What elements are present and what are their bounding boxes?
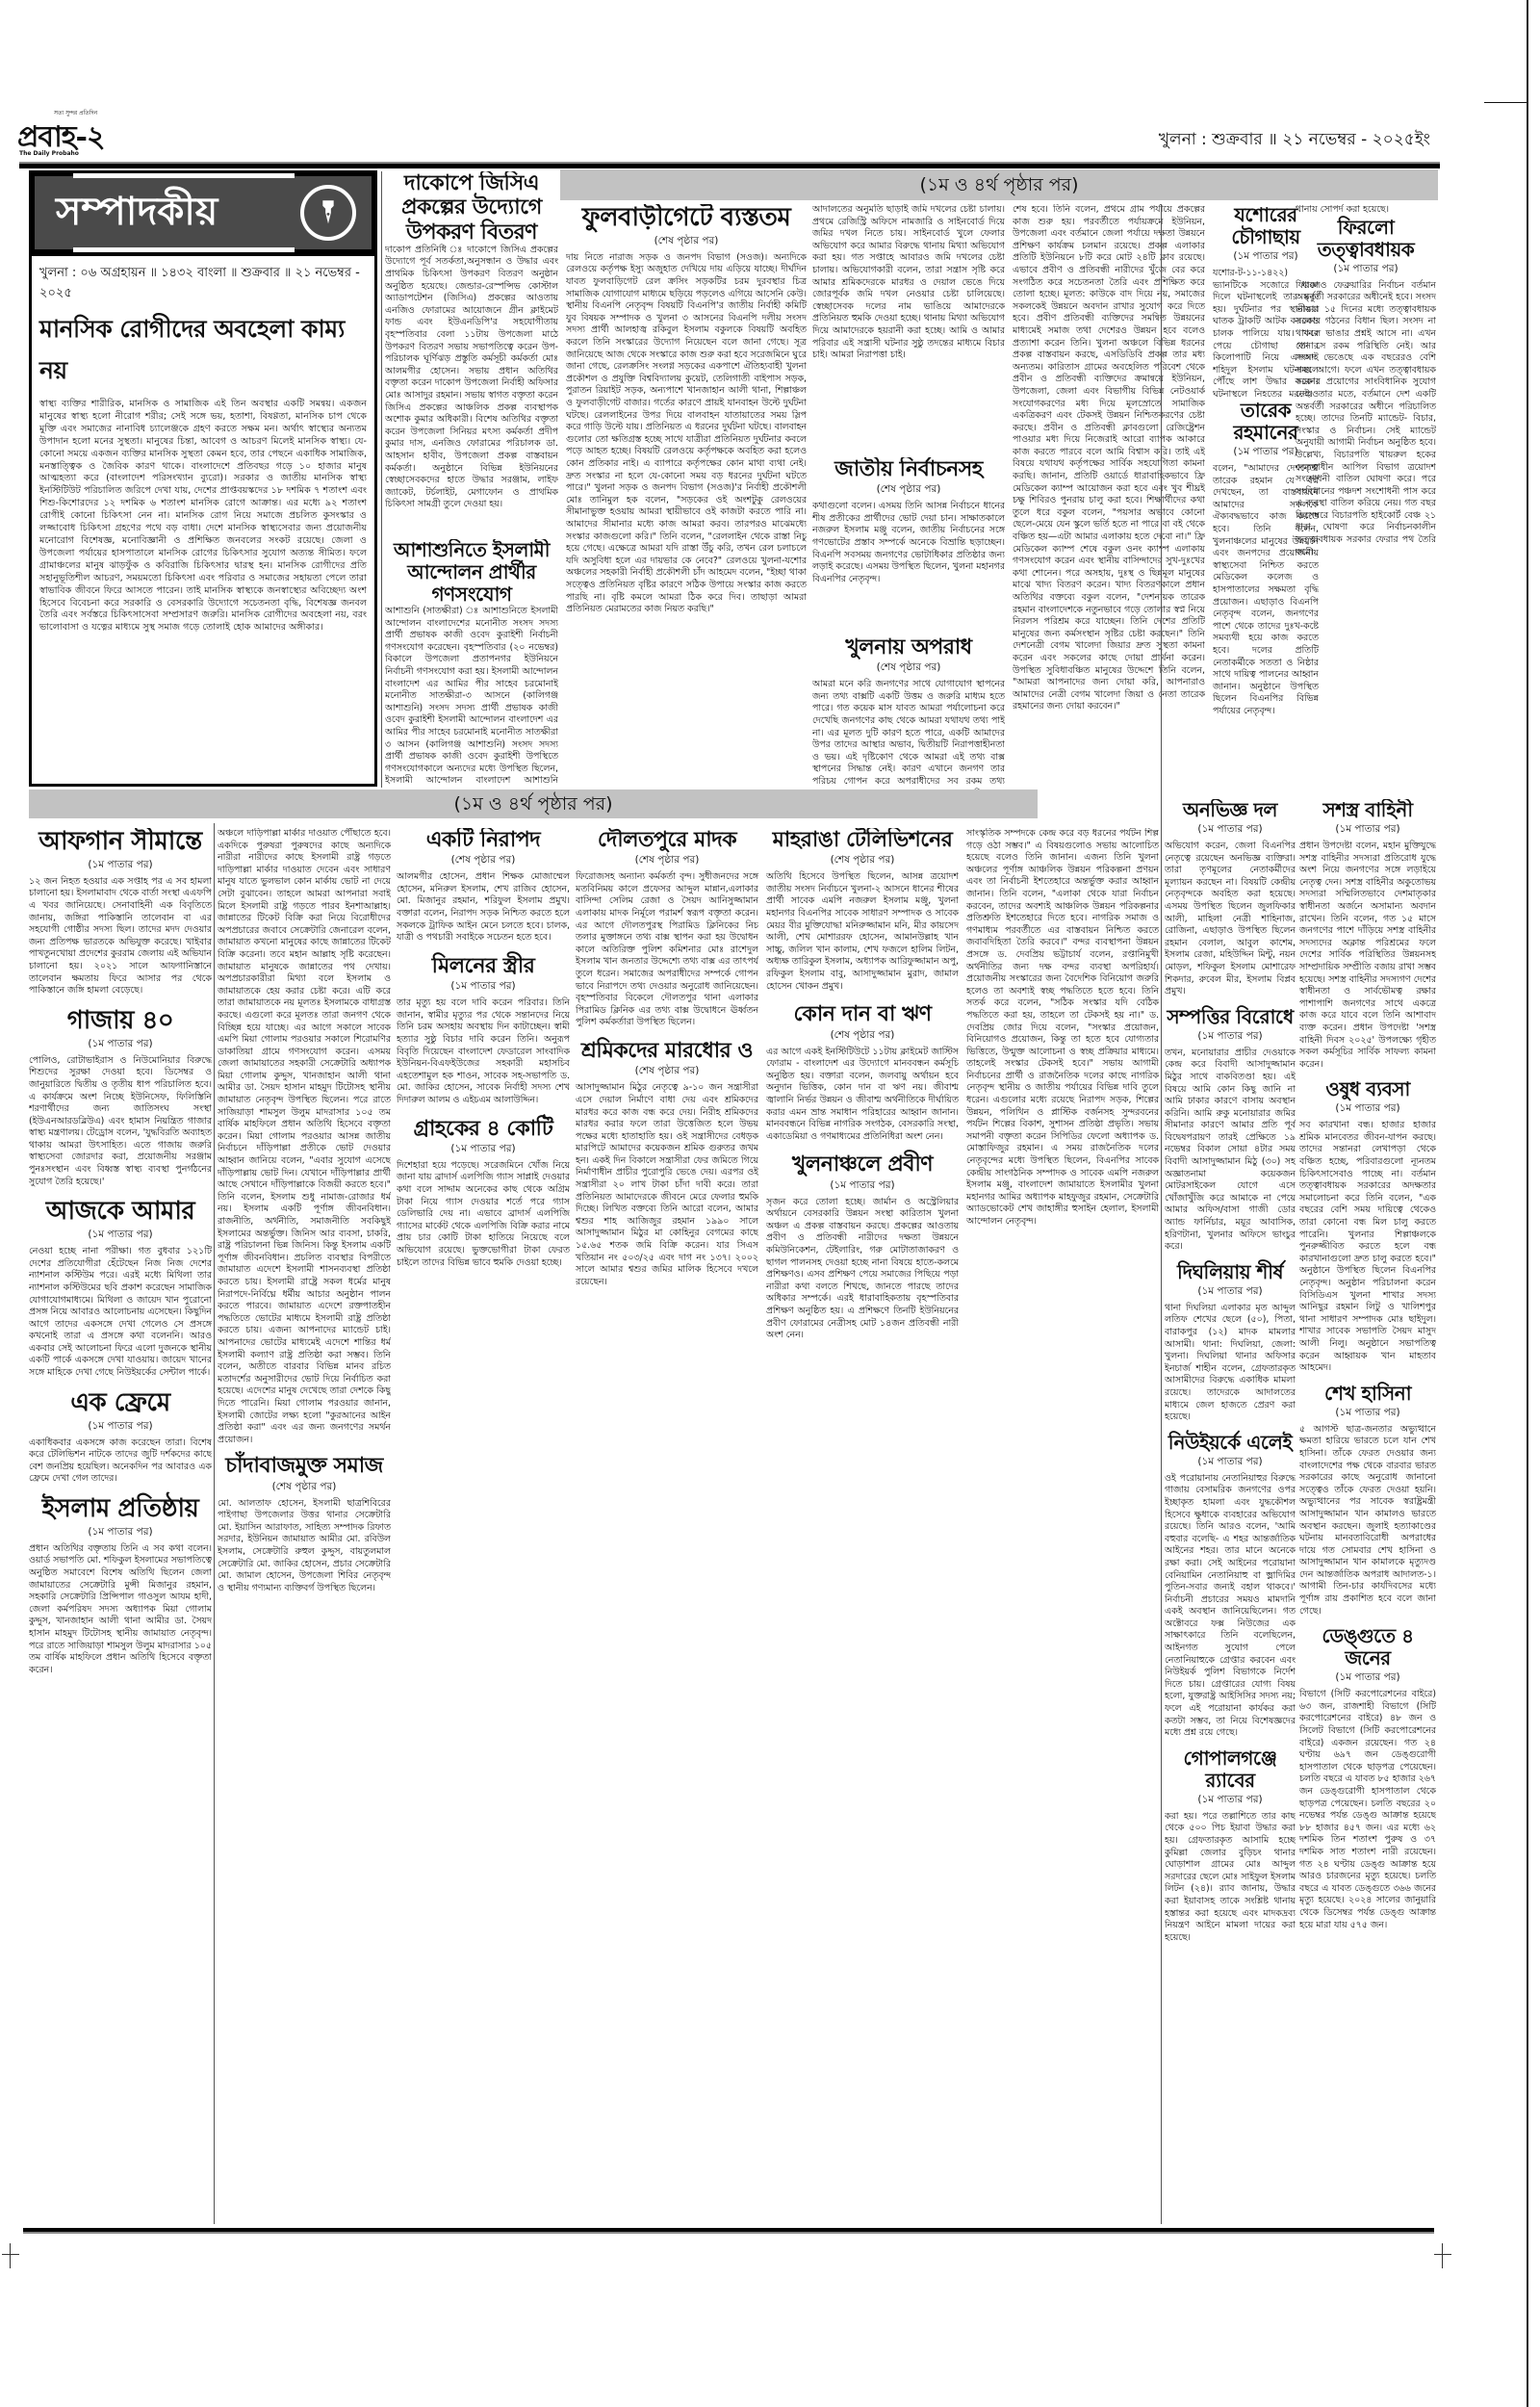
article-body: প্রধান অতিথির বক্তৃতায় তিনি এ সব কথা বল… [29, 1543, 212, 1677]
registration-mark-right [1434, 2243, 1451, 2268]
article-headline: সম্পত্তির বিরোধে [1165, 1006, 1296, 1028]
article-sosostro-bahini: সশস্ত্র বাহিনী (১ম পাতার পর) প্রধান উপদে… [1299, 799, 1436, 1071]
article-continuation: (শেষ পৃষ্ঠার পর) [766, 853, 959, 869]
article-firlo-tottaboddhayok: থানায় সোপর্দ করা হয়েছে। ফিরলো তত্ত্বাব… [1296, 204, 1436, 789]
article-body: একাধিকবার একসঙ্গে কাজ করেছেন তারা। বিশেষ… [29, 1437, 212, 1486]
article-body: আমরা মনে করি জনগণের সাথে যোগাযোগ স্থাপনে… [812, 679, 1005, 789]
article-continuation: (১ম পাতার পর) [397, 1142, 570, 1158]
editorial-headline: মানসিক রোগীদের অবহেলা কাম্য নয় [39, 310, 367, 393]
article-body: প্রধান উপদেষ্টা বলেন, মহান মুক্তিযুদ্ধে … [1299, 841, 1436, 1071]
top-rule [19, 162, 1440, 168]
article-continuation: (১ম পাতার পর) [1296, 262, 1436, 278]
article-sheikh-hasina: শেখ হাসিনা (১ম পাতার পর) ৫ আগস্ট ছাত্র-জ… [1299, 1383, 1436, 1618]
article-continuation: (শেষ পৃষ্ঠার পর) [566, 234, 807, 250]
article-continuation: (১ম পাতার পর) [1165, 1029, 1296, 1046]
article-headline: নিউইয়র্কে এলেই [1165, 1432, 1296, 1454]
article-khulnanchole-probin: খুলনাঞ্চলে প্রবীণ (১ম পাতার পর) সৃজন করে… [766, 1152, 959, 1341]
article-islam-protishthay: ইসলাম প্রতিষ্ঠায় (১ম পাতার পর) প্রধান অ… [29, 1495, 212, 1676]
article-body: ফিরলেও ফেব্রুয়ারির নির্বাচন বর্তমান অন্… [1296, 280, 1436, 559]
article-afghan-simante: আফগান সীমান্তে (১ম পাতার পর) ১২ জন নিহত … [29, 828, 212, 997]
article-continuation: (১ম পাতার পর) [29, 858, 212, 874]
article-headline: আজকে আমার [29, 1198, 212, 1227]
column-rule [214, 823, 215, 2224]
column-lower-8: সশস্ত্র বাহিনী (১ম পাতার পর) প্রধান উপদে… [1299, 799, 1436, 2224]
editorial-date: খুলনা : ০৬ অগ্রহায়ন ॥ ১৪৩২ বাংলা ॥ শুক্… [39, 260, 367, 308]
article-headline: ইসলাম প্রতিষ্ঠায় [29, 1495, 212, 1524]
article-body: এর আগে একই ইনস্টিটিউটে ১১টায় ক্লাইমেট জ… [766, 1047, 959, 1144]
article-body: ১২ জন নিহত হওয়ার এক সপ্তাহ পর এ সব হামল… [29, 876, 212, 997]
continuation-band-top: (১ম ও ৪র্থ পৃষ্ঠার পর) [560, 169, 1438, 200]
masthead: সত্য সুন্দর প্রতিদিন প্রবাহ-২ The Daily … [17, 114, 1440, 164]
article-top-line: থানায় সোপর্দ করা হয়েছে। [1296, 204, 1436, 217]
editorial-text: স্বাস্থ্য ব্যক্তির শারীরিক, মানসিক ও সাম… [39, 399, 367, 634]
page-right-border [1527, 0, 1528, 2407]
article-ek-frame: এক ফ্রেমে (১ম পাতার পর) একাধিকবার একসঙ্গ… [29, 1389, 212, 1486]
article-body: সাংস্কৃতিক সম্পদকে কেন্দ্র করে বড় ধরনের… [966, 828, 1159, 1229]
article-body: বিভাগে (সিটি করপোরেশনের বাইরে) ৬৩ জন, রা… [1299, 1689, 1436, 1931]
article-headline: আশাশুনিতে ইসলামী আন্দোলন প্রার্থীর গণসংয… [385, 539, 558, 606]
article-continuation: (১ম পাতার পর) [29, 1525, 212, 1541]
logo-english: The Daily Probaho [19, 150, 79, 157]
article-continuation: (শেষ পৃষ্ঠার পর) [766, 1028, 959, 1045]
article-fulbarigate: ফুলবাড়ীগেটে ব্যস্ততম (শেষ পৃষ্ঠার পর) দ… [566, 204, 807, 786]
column-rule [1161, 204, 1162, 2224]
article-continuation: (১ম পাতার পর) [29, 1037, 212, 1053]
article-continuation: (১ম পাতার পর) [29, 1419, 212, 1436]
article-kon-dan: কোন দান বা ঋণ (শেষ পৃষ্ঠার পর) এর আগে এক… [766, 1002, 959, 1143]
article-continuation: (১ম পাতার পর) [29, 1228, 212, 1244]
article-ajke-amar: আজকে আমার (১ম পাতার পর) নেওয়া হচ্ছে নান… [29, 1198, 212, 1379]
article-continuation: (শেষ পৃষ্ঠার পর) [812, 660, 1005, 677]
article-headline: দৌলতপুরে মাদক [576, 828, 758, 852]
continuation-band-middle: (১ম ও ৪র্থ পৃষ্ঠার পর) [29, 789, 1038, 818]
article-chandabajmukto: চাঁদাবাজমুক্ত সমাজ (শেষ পৃষ্ঠার পর) মো. … [218, 1454, 391, 1594]
article-ashashuni: আশাশুনিতে ইসলামী আন্দোলন প্রার্থীর গণসংয… [385, 539, 558, 785]
article-body: ৫ আগস্ট ছাত্র-জনতার অভ্যুত্থানে ক্ষমতা হ… [1299, 1424, 1436, 1618]
editorial-box: সম্পাদকীয় খুলনা : ০৬ অগ্রহায়ন ॥ ১৪৩২ ব… [29, 170, 377, 787]
article-headline: খুলনাঞ্চলে প্রবীণ [766, 1152, 959, 1177]
editorial-title: সম্পাদকীয় [56, 181, 218, 246]
article-continuation: (১ম পাতার পর) [766, 1178, 959, 1195]
article-headline: আফগান সীমান্তে [29, 828, 212, 857]
article-headline: মিলনের স্ত্রীর [397, 954, 570, 978]
article-ekti-nirapod: একটি নিরাপদ (শেষ পৃষ্ঠার পর) আলমগীর হোসে… [397, 828, 570, 945]
article-headline: ফিরলো তত্ত্বাবধায়ক [1296, 217, 1436, 261]
article-body: আলমগীর হোসেন, প্রধান শিক্ষক মোজাম্মেল হো… [397, 871, 570, 945]
article-continuation: (১ম পাতার পর) [397, 979, 570, 996]
article-body: নেওয়া হচ্ছে নানা পরীক্ষা। গত বুধবার ১২১… [29, 1246, 212, 1380]
article-continuation: (শেষ পৃষ্ঠার পর) [218, 1480, 391, 1496]
article-headline: জাতীয় নির্বাচনসহ [812, 457, 1005, 481]
article-headline: একটি নিরাপদ [397, 828, 570, 852]
article-headline: গোপালগঞ্জে র‌্যাবের [1165, 1747, 1296, 1792]
column-lower-3: একটি নিরাপদ (শেষ পৃষ্ঠার পর) আলমগীর হোসে… [397, 828, 570, 2224]
column-lower-1: আফগান সীমান্তে (১ম পাতার পর) ১২ জন নিহত … [29, 828, 212, 2224]
article-headline: এক ফ্রেমে [29, 1389, 212, 1418]
article-khulnay-oporadh: খুলনায় অপরাধ (শেষ পৃষ্ঠার পর) আমরা মনে … [812, 635, 1005, 789]
article-headline: অনভিজ্ঞ দল [1165, 799, 1296, 821]
article-continuation: (১ম পাতার পর) [1299, 1670, 1436, 1687]
article-continuation: (১ম পাতার পর) [1165, 1284, 1296, 1301]
article-headline: ডেঙ্গুতে ৪ জনের [1299, 1625, 1436, 1669]
column-lower-4: দৌলতপুরে মাদক (শেষ পৃষ্ঠার পর) ফিরোজসহ অ… [576, 828, 758, 2224]
editorial-body: খুলনা : ০৬ অগ্রহায়ন ॥ ১৪৩২ বাংলা ॥ শুক্… [32, 256, 374, 784]
article-maheshwarpasha: মাহরাঙা টেলিভিশনের (শেষ পৃষ্ঠার পর) অতিথ… [766, 828, 959, 993]
article-body: অভিযোগ করেন, জেলা বিএনপির নেতৃত্বে রয়েছ… [1165, 841, 1296, 998]
article-continuation: (শেষ পৃষ্ঠার পর) [576, 853, 758, 869]
article-headline: শ্রমিকদের মারধোর ও [576, 1039, 758, 1063]
crop-mark-top [1484, 102, 1527, 103]
article-continuation: (শেষ পৃষ্ঠার পর) [397, 853, 570, 869]
article-gazay: গাজায় ৪০ (১ম পাতার পর) পোলিও, রোটাভাইরা… [29, 1007, 212, 1188]
article-headline: ওষুধ ব্যবসা [1299, 1078, 1436, 1100]
article-dakope: দাকোপে জিসিএ প্রকল্পের উদ্যোগে উপকরণ বিত… [385, 171, 558, 537]
article-body: আশাশুনি (সাতক্ষীরা) ঃ আশাশুনিতে ইসলামী আ… [385, 606, 558, 785]
article-body: সব কারখানা বন্ধ। হাজার হাজার শ্রমিক মানব… [1299, 1120, 1436, 1374]
fountain-pen-icon [300, 185, 356, 241]
article-continuation: (১ম পাতার পর) [1165, 822, 1296, 839]
bottom-rule [23, 2228, 1434, 2234]
article-oshudh-bebsa: ওষুধ ব্যবসা (১ম পাতার পর) সব কারখানা বন্… [1299, 1078, 1436, 1374]
article-body: কথাগুলো বলেন। এসময় তিনি আসন্ন নির্বাচনে… [812, 501, 1005, 585]
article-headline: দাকোপে জিসিএ প্রকল্পের উদ্যোগে উপকরণ বিত… [385, 171, 558, 245]
article-sompotti-birodh: সম্পত্তির বিরোধে (১ম পাতার পর) তখন, মনোয… [1165, 1006, 1296, 1254]
article-headline: সশস্ত্র বাহিনী [1299, 799, 1436, 821]
article-body: আদালতের অনুমতি ছাড়াই জমি দখলের চেষ্টা চ… [812, 204, 1005, 362]
article-body: সৃজন করে তোলা হচ্ছে। জার্মান ও অস্ট্রেলি… [766, 1197, 959, 1342]
article-headline: খুলনায় অপরাধ [812, 635, 1005, 660]
article-headline: দিঘলিয়ায় শীর্ষ [1165, 1261, 1296, 1283]
article-body: দায় নিতে নারাজ সড়ক ও জনপদ বিভাগ (সওজ)।… [566, 252, 807, 616]
article-continuation: (১ম পাতার পর) [1299, 822, 1436, 839]
article-body: অঞ্চলে দাড়িপাল্লা মার্কার দাওয়াত পৌঁছা… [218, 828, 391, 1446]
article-land-dispute-cont: আদালতের অনুমতি ছাড়াই জমি দখলের চেষ্টা চ… [812, 204, 1005, 454]
article-onovigyo-dol: অনভিজ্ঞ দল (১ম পাতার পর) অভিযোগ করেন, জে… [1165, 799, 1296, 998]
article-body: করা হয়। পরে তল্লাশিতে তার কাছ থেকে ৫০০ … [1165, 1811, 1296, 1945]
article-gopalganj: গোপালগঞ্জে র‌্যাবের (১ম পাতার পর) করা হয… [1165, 1747, 1296, 1945]
article-body: ওই পরোয়ানায় নেতানিয়াহুর বিরুদ্ধে গাজা… [1165, 1473, 1296, 1740]
editorial-banner: সম্পাদকীয় [32, 173, 374, 252]
article-doulatpur-madok: দৌলতপুরে মাদক (শেষ পৃষ্ঠার পর) ফিরোজসহ অ… [576, 828, 758, 1029]
article-body: আসাদুজ্জামান মিঠুর নেতৃত্বে ৯-১০ জন সন্ত… [576, 1082, 758, 1288]
newspaper-page: সত্য সুন্দর প্রতিদিন প্রবাহ-২ The Daily … [0, 0, 1540, 2407]
article-headline: গাজায় ৪০ [29, 1007, 212, 1036]
article-headline: শেখ হাসিনা [1299, 1383, 1436, 1405]
article-headline: কোন দান বা ঋণ [766, 1002, 959, 1026]
article-body: তখন, মনোয়ারার প্রাচীর দেওয়াকে কেন্দ্র … [1165, 1048, 1296, 1254]
article-body: ফিরোজসহ অন্যান্য কর্মকর্তা বৃন্দ। সুধীজন… [576, 871, 758, 1029]
article-grahoker-4-koti: গ্রাহকের ৪ কোটি (১ম পাতার পর) দিশেহারা হ… [397, 1117, 570, 1270]
article-probin-cont: শেষ হবে। তিনি বলেন, প্রথমে গ্রাম পর্যায়… [1013, 204, 1205, 789]
article-dengue: ডেঙ্গুতে ৪ জনের (১ম পাতার পর) বিভাগে (সি… [1299, 1625, 1436, 1931]
registration-mark-left [2, 2243, 19, 2268]
article-body: অতিথি হিসেবে উপস্থিত ছিলেন, আসন্ন ত্রয়ো… [766, 871, 959, 993]
article-digholia: দিঘলিয়ায় শীর্ষ (১ম পাতার পর) থানা দিঘল… [1165, 1261, 1296, 1424]
article-body: তার মৃত্যু হয় বলে দাবি করেন পরিবার। তিন… [397, 997, 570, 1106]
article-new-york: নিউইয়র্কে এলেই (১ম পাতার পর) ওই পরোয়ান… [1165, 1432, 1296, 1740]
article-continuation: (১ম পাতার পর) [1165, 1793, 1296, 1809]
column-lower-5: মাহরাঙা টেলিভিশনের (শেষ পৃষ্ঠার পর) অতিথ… [766, 828, 959, 2224]
article-jatiyo-nirbachon: জাতীয় নির্বাচনসহ (শেষ পৃষ্ঠার পর) কথাগু… [812, 457, 1005, 631]
article-continuation: (১ম পাতার পর) [1165, 1455, 1296, 1471]
article-body: পোলিও, রোটাভাইরাস ও নিউমোনিয়ার বিরুদ্ধে… [29, 1055, 212, 1189]
article-headline: গ্রাহকের ৪ কোটি [397, 1117, 570, 1141]
article-body: মো. আলতাফ হোসেন, ইসলামী ছাত্রশিবিরের পাই… [218, 1498, 391, 1595]
article-continuation: (১ম পাতার পর) [1299, 1406, 1436, 1422]
article-sromikder-mardhor: শ্রমিকদের মারধোর ও (শেষ পৃষ্ঠার পর) আসাদ… [576, 1039, 758, 1288]
article-continuation: (শেষ পৃষ্ঠার পর) [812, 482, 1005, 499]
page-dateline: খুলনা : শুক্রবার ॥ ২১ নভেম্বর - ২০২৫ইং [1159, 127, 1430, 154]
column-lower-7: অনভিজ্ঞ দল (১ম পাতার পর) অভিযোগ করেন, জে… [1165, 799, 1296, 2224]
article-body: দিশেহারা হয়ে পড়েছে। সরেজমিনে খোঁজ নিয়… [397, 1160, 570, 1269]
column-lower-6: সাংস্কৃতিক সম্পদকে কেন্দ্র করে বড় ধরনের… [966, 828, 1159, 2224]
article-milon-strir: মিলনের স্ত্রীর (১ম পাতার পর) তার মৃত্যু … [397, 954, 570, 1107]
column-lower-2: অঞ্চলে দাড়িপাল্লা মার্কার দাওয়াত পৌঁছা… [218, 828, 391, 2224]
article-body: দাকোপ প্রতিনিধি ঃ দাকোপে জিসিএ প্রকল্পের… [385, 245, 558, 511]
article-headline: মাহরাঙা টেলিভিশনের [766, 828, 959, 852]
article-headline: ফুলবাড়ীগেটে ব্যস্ততম [566, 204, 807, 233]
column-rule [381, 171, 382, 788]
article-body: থানা দিঘলিয়া এলাকার মৃত আব্দুল লতিফ শেখ… [1165, 1303, 1296, 1424]
article-body: শেষ হবে। তিনি বলেন, প্রথমে গ্রাম পর্যায়… [1013, 204, 1205, 713]
article-continuation: (১ম পাতার পর) [1299, 1101, 1436, 1118]
article-headline: চাঁদাবাজমুক্ত সমাজ [218, 1454, 391, 1478]
article-continuation: (শেষ পৃষ্ঠার পর) [576, 1064, 758, 1080]
